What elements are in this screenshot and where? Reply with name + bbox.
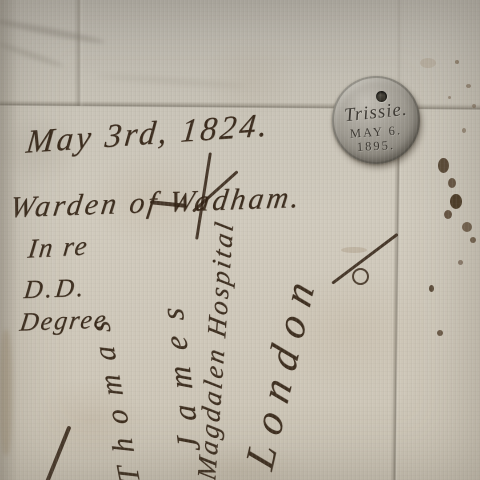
letter-photo: Thomas James Magdalen Hospital London Ma… bbox=[0, 0, 480, 480]
photo-vignette bbox=[0, 0, 480, 480]
